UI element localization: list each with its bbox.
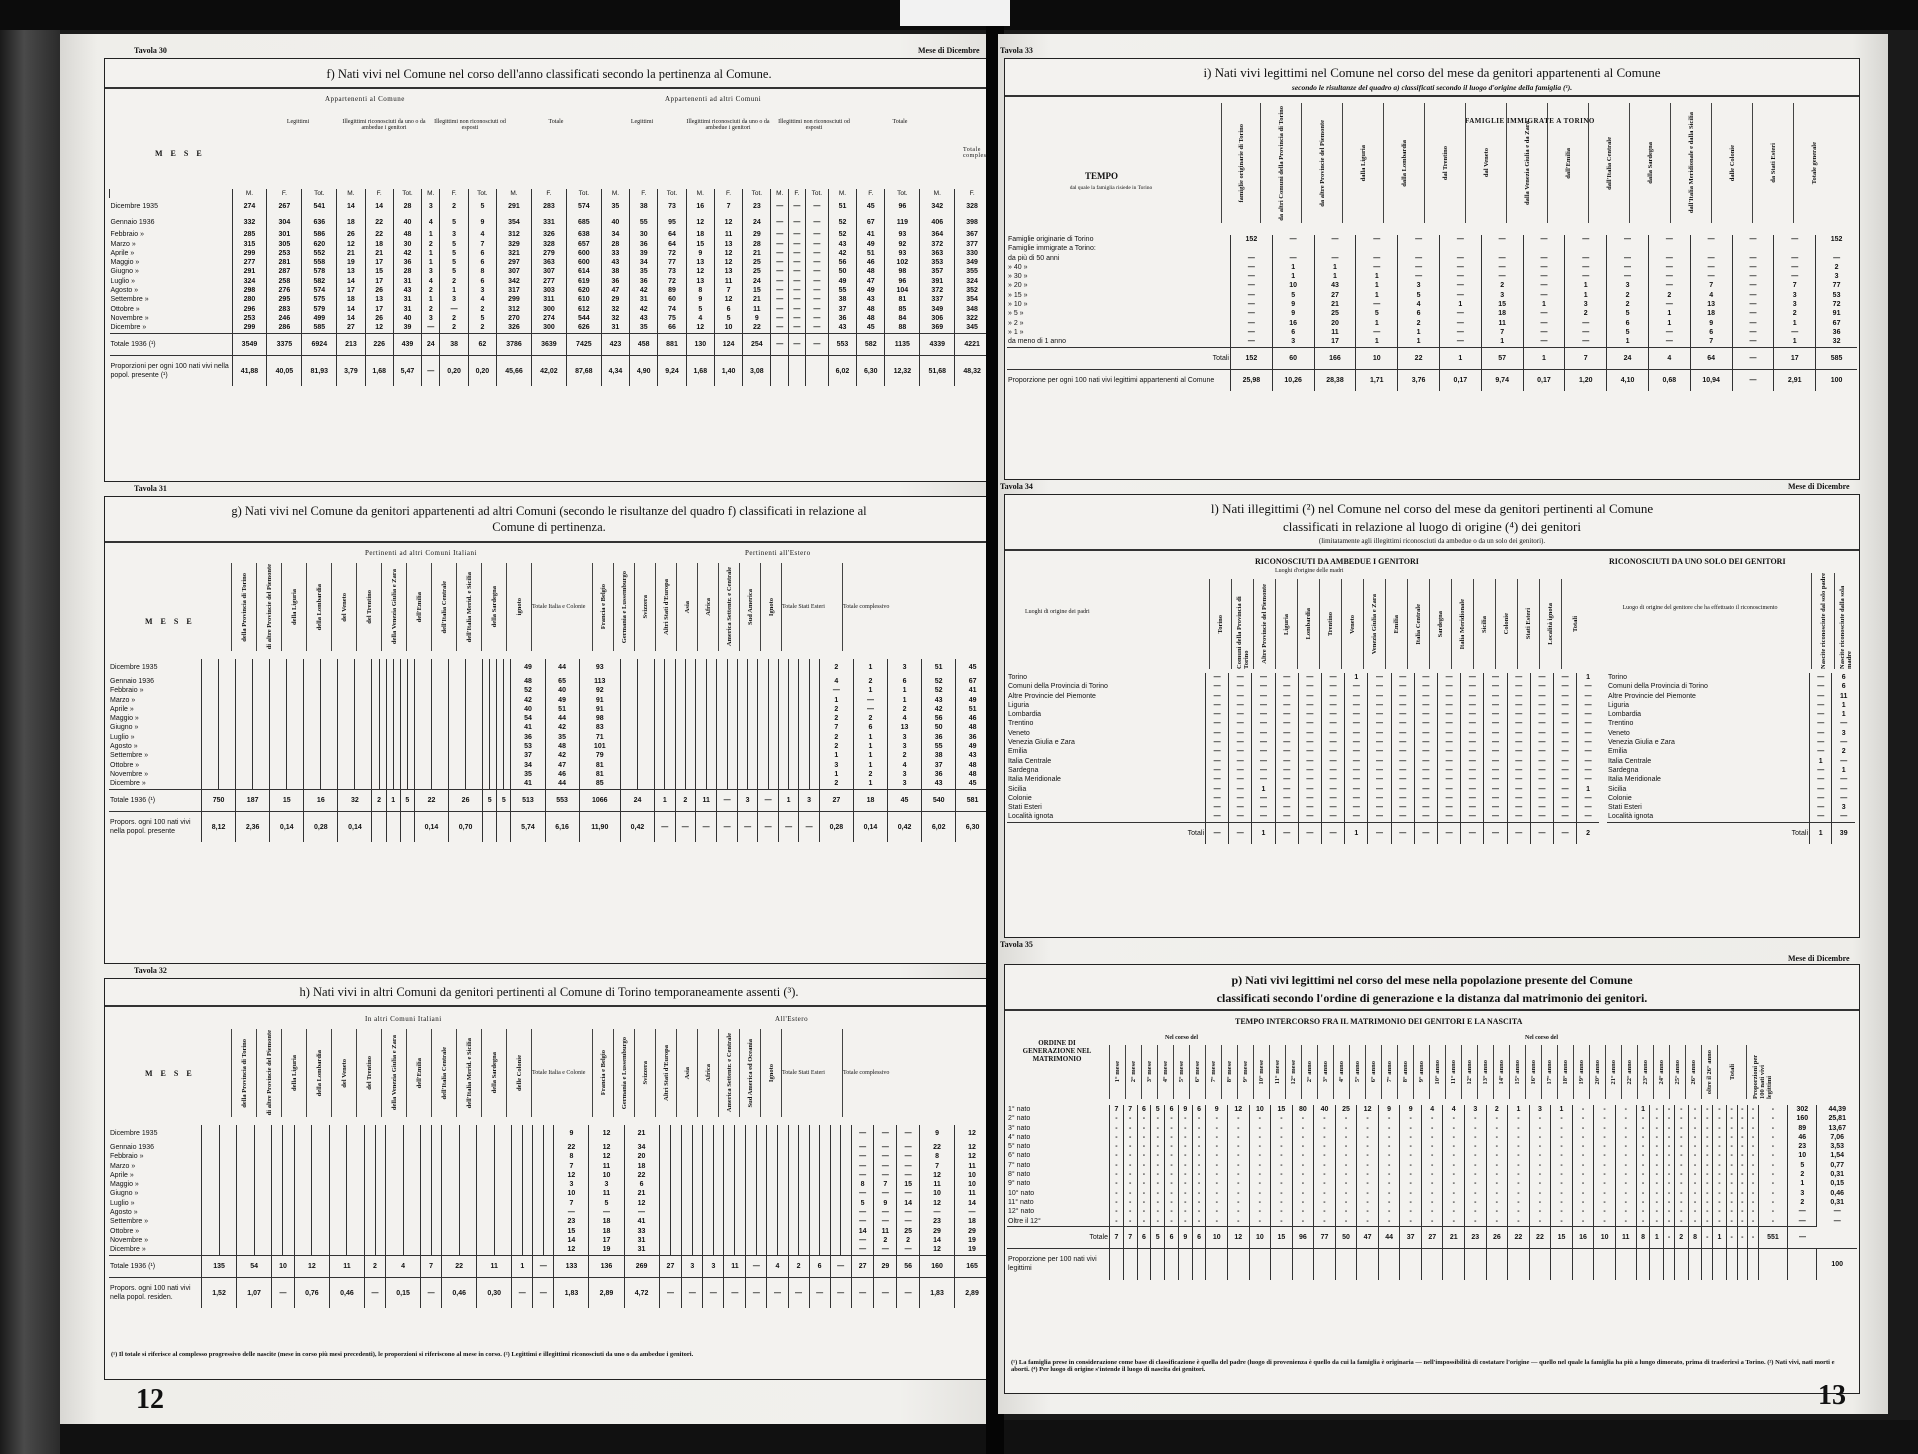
value xyxy=(442,1143,459,1152)
value xyxy=(713,1171,724,1180)
value xyxy=(283,1227,294,1236)
total-value: 5 xyxy=(1151,1226,1165,1248)
value xyxy=(809,686,819,695)
value xyxy=(620,761,637,770)
total-compl-value: 48 xyxy=(956,761,989,770)
value: - xyxy=(1551,1198,1573,1207)
value xyxy=(254,1125,272,1143)
value xyxy=(272,1125,283,1143)
value xyxy=(756,1162,767,1171)
value: — xyxy=(1391,812,1414,822)
value xyxy=(685,723,695,732)
value xyxy=(655,770,665,779)
value xyxy=(675,733,685,742)
value: - xyxy=(1551,1161,1573,1170)
value xyxy=(431,742,448,751)
value xyxy=(665,779,675,789)
value: — xyxy=(1577,775,1599,784)
value xyxy=(696,677,707,686)
value: — xyxy=(1368,766,1391,775)
value: 18 xyxy=(686,230,714,239)
value xyxy=(512,1227,523,1236)
table-row: Sicilia——1—————————————1 xyxy=(1007,785,1599,794)
value: 5 xyxy=(1151,1105,1165,1114)
value xyxy=(283,1217,294,1226)
total-italia-value: 3 xyxy=(554,1180,589,1189)
value: — xyxy=(1275,673,1298,682)
value xyxy=(254,1245,272,1255)
prop-value: 1,07 xyxy=(237,1277,272,1308)
value: — xyxy=(1345,710,1368,719)
value: - xyxy=(1335,1151,1357,1160)
value: - xyxy=(1674,1124,1688,1133)
value: — xyxy=(1439,263,1481,272)
value: 13 xyxy=(714,240,742,249)
value: — xyxy=(1252,682,1275,691)
total-value: 21 xyxy=(1443,1226,1465,1248)
value: - xyxy=(1702,1189,1713,1198)
value xyxy=(758,705,768,714)
value xyxy=(809,1171,820,1180)
value: 36 xyxy=(1816,328,1857,337)
total-value: 5 xyxy=(1788,1161,1817,1170)
value: - xyxy=(1748,1133,1759,1142)
value xyxy=(364,1152,375,1161)
value: 28 xyxy=(743,240,771,249)
tav33-block: i) Nati vivi legittimi nel Comune nel co… xyxy=(1004,58,1860,480)
value xyxy=(283,1180,294,1189)
value: - xyxy=(1702,1142,1713,1151)
value xyxy=(696,733,707,742)
value xyxy=(449,779,466,789)
mft-header: M. xyxy=(686,189,714,198)
value: - xyxy=(1206,1114,1228,1123)
total-value: 3 xyxy=(682,1255,703,1277)
value xyxy=(237,1227,254,1236)
value: - xyxy=(1165,1133,1179,1142)
value: — xyxy=(1438,803,1461,812)
tav32-group-italia: In altri Comuni Italiani xyxy=(365,1015,442,1023)
value xyxy=(272,1236,283,1245)
value: 67 xyxy=(1816,319,1857,328)
value xyxy=(692,1162,703,1171)
value xyxy=(696,779,707,789)
total-value: - xyxy=(1664,1226,1675,1248)
value: - xyxy=(1165,1114,1179,1123)
value xyxy=(347,1208,365,1217)
value: - xyxy=(1688,1207,1702,1216)
value xyxy=(533,1125,544,1143)
value: — xyxy=(771,295,788,304)
value: 26 xyxy=(337,230,365,239)
prop-value: 0,76 xyxy=(294,1277,329,1308)
total-value: 1 xyxy=(655,789,676,811)
value xyxy=(1774,244,1816,253)
value xyxy=(788,1217,799,1226)
value: - xyxy=(1165,1151,1179,1160)
table-row: Dicembre 193591221———912 xyxy=(109,1125,989,1143)
value xyxy=(522,1227,533,1236)
value: - xyxy=(1674,1133,1688,1142)
value: 85 xyxy=(885,305,920,314)
month-label: Marzo » xyxy=(109,696,202,705)
prop-value xyxy=(1788,1249,1817,1280)
value xyxy=(407,751,414,760)
value: - xyxy=(1726,1124,1737,1133)
value xyxy=(665,742,675,751)
value xyxy=(717,686,727,695)
value: - xyxy=(1110,1161,1124,1170)
value xyxy=(312,1125,330,1143)
total-compl-value: 29 xyxy=(955,1227,989,1236)
value xyxy=(685,779,695,789)
tav35-table: 1° nato7765696912101580402512994432131--… xyxy=(1007,1105,1857,1280)
value: 72 xyxy=(658,277,686,286)
value xyxy=(219,1236,237,1245)
value: — xyxy=(1732,263,1774,272)
value: 246 xyxy=(267,314,302,323)
total-italia-value: 71 xyxy=(579,733,620,742)
total-compl-value: 12 xyxy=(955,1152,989,1161)
value: — xyxy=(1252,701,1275,710)
table-row: Aprile »4051912—24251 xyxy=(109,705,989,714)
column-header: Nascite riconosciute dalla sola madre xyxy=(1839,573,1853,669)
value xyxy=(407,696,414,705)
value: — xyxy=(1414,812,1437,822)
value xyxy=(675,742,685,751)
order-label: 10° nato xyxy=(1007,1189,1110,1198)
value xyxy=(421,1208,432,1217)
value: - xyxy=(1165,1217,1179,1227)
value xyxy=(414,761,431,770)
mft-header: Tot. xyxy=(805,189,828,198)
value: — xyxy=(1414,757,1437,766)
total-value: 458 xyxy=(630,333,658,355)
total-italia-value: 20 xyxy=(624,1152,659,1161)
total-value: 23 xyxy=(1788,1142,1817,1151)
value: — xyxy=(1298,729,1321,738)
value: - xyxy=(1650,1151,1664,1160)
value xyxy=(724,1199,735,1208)
value: 25 xyxy=(743,258,771,267)
total-value: 27 xyxy=(1421,1226,1443,1248)
value xyxy=(466,733,483,742)
value: — xyxy=(1322,812,1345,822)
value: — xyxy=(1554,673,1577,682)
value xyxy=(393,714,400,723)
value xyxy=(637,686,654,695)
value xyxy=(321,714,338,723)
father-origin-label: Sardegna xyxy=(1007,766,1206,775)
value: - xyxy=(1664,1198,1675,1207)
value xyxy=(1690,244,1732,253)
value xyxy=(737,723,747,732)
total-estero-value: 14 xyxy=(851,1227,874,1236)
total-value: 553 xyxy=(545,789,579,811)
value xyxy=(321,696,338,705)
value: - xyxy=(1486,1170,1508,1179)
value xyxy=(789,659,799,677)
tav34-subtitle: (limitatamente agli illegittimi riconosc… xyxy=(1005,537,1859,545)
value xyxy=(294,1199,311,1208)
value: 12 xyxy=(1357,1105,1379,1114)
value: — xyxy=(1577,812,1599,822)
value xyxy=(533,1189,544,1198)
value xyxy=(393,770,400,779)
value: 34 xyxy=(630,258,658,267)
value xyxy=(483,770,490,779)
value: — xyxy=(1732,272,1774,281)
value xyxy=(758,751,768,760)
value: — xyxy=(1439,254,1481,263)
value: - xyxy=(1737,1133,1748,1142)
prop-value xyxy=(497,811,511,842)
value: 48 xyxy=(393,230,421,239)
total-value: 9 xyxy=(1178,1226,1192,1248)
total-italia-value: 91 xyxy=(579,705,620,714)
value: - xyxy=(1335,1198,1357,1207)
value: - xyxy=(1508,1207,1530,1216)
value: 354 xyxy=(955,295,989,304)
value: — xyxy=(1507,729,1530,738)
value xyxy=(272,1245,283,1255)
value: 96 xyxy=(885,198,920,214)
total-italia-value: 51 xyxy=(545,705,579,714)
value xyxy=(841,1125,852,1143)
value: - xyxy=(1636,1189,1650,1198)
value: - xyxy=(1615,1124,1636,1133)
tav32-table: Dicembre 193591221———912Gennaio 19362212… xyxy=(109,1125,989,1308)
total-italia-value: 41 xyxy=(511,723,545,732)
value: - xyxy=(1178,1189,1192,1198)
value xyxy=(490,779,497,789)
column-header: Torino xyxy=(1217,615,1224,634)
value xyxy=(655,733,665,742)
value: — xyxy=(1345,729,1368,738)
value: — xyxy=(1438,747,1461,756)
value xyxy=(768,696,778,705)
column-header: della Provincia di Torino xyxy=(241,1039,248,1108)
left-page-number: 12 xyxy=(136,1384,164,1416)
value xyxy=(287,761,304,770)
value xyxy=(788,1152,799,1161)
value: — xyxy=(1230,309,1272,318)
value xyxy=(746,1236,757,1245)
prop-value xyxy=(1594,1249,1616,1280)
value: — xyxy=(1554,747,1577,756)
column-header: dell'Emilia xyxy=(416,1058,423,1088)
value xyxy=(393,686,400,695)
value xyxy=(841,1152,852,1161)
value xyxy=(386,779,393,789)
value xyxy=(799,751,809,760)
value xyxy=(767,1189,778,1198)
value: — xyxy=(1816,254,1857,263)
value: - xyxy=(1151,1161,1165,1170)
table-row: Febbraio »81220———812 xyxy=(109,1152,989,1161)
table-row: 1° nato7765696912101580402512994432131--… xyxy=(1007,1105,1857,1114)
value xyxy=(748,714,758,723)
value xyxy=(347,1143,365,1152)
value xyxy=(748,677,758,686)
value xyxy=(270,696,287,705)
value xyxy=(400,779,407,789)
value xyxy=(254,1227,272,1236)
value: 330 xyxy=(955,249,989,258)
value xyxy=(375,1236,386,1245)
value: 297 xyxy=(497,258,532,267)
value xyxy=(703,1152,714,1161)
value: — xyxy=(1810,673,1832,682)
value: - xyxy=(1508,1170,1530,1179)
value: 12 xyxy=(1228,1105,1250,1114)
value: - xyxy=(1702,1198,1713,1207)
total-estero-value: 14 xyxy=(897,1199,920,1208)
value: 13 xyxy=(1690,300,1732,309)
value: — xyxy=(1577,719,1599,728)
column-header: Sud America xyxy=(747,589,754,625)
value xyxy=(270,751,287,760)
month-label: Giugno » xyxy=(109,723,202,732)
value xyxy=(379,779,386,789)
column-header: Francia e Belgio xyxy=(600,584,607,629)
time-label: » 20 » xyxy=(1007,281,1230,290)
value xyxy=(737,751,747,760)
table-row: Dicembre »121931———1219 xyxy=(109,1245,989,1255)
value xyxy=(459,1245,477,1255)
value xyxy=(202,1171,220,1180)
month-label: Agosto » xyxy=(109,1208,202,1217)
value: 17 xyxy=(365,305,393,314)
total-italia-value: 9 xyxy=(554,1125,589,1143)
value: - xyxy=(1594,1124,1616,1133)
column-header: 8° anno xyxy=(1402,1061,1409,1082)
value xyxy=(283,1236,294,1245)
value: 33 xyxy=(601,249,629,258)
value xyxy=(706,733,717,742)
value xyxy=(620,705,637,714)
value: — xyxy=(1206,803,1229,812)
value xyxy=(830,1171,841,1180)
value xyxy=(533,1143,544,1152)
value xyxy=(414,742,431,751)
total-italia-value: 15 xyxy=(554,1227,589,1236)
value xyxy=(270,770,287,779)
value: - xyxy=(1357,1207,1379,1216)
value: — xyxy=(1414,729,1437,738)
value: - xyxy=(1123,1114,1137,1123)
value: — xyxy=(1414,719,1437,728)
value xyxy=(620,779,637,789)
value: - xyxy=(1486,1142,1508,1151)
value: — xyxy=(1810,747,1832,756)
value: — xyxy=(1554,757,1577,766)
value xyxy=(504,696,511,705)
value xyxy=(758,677,768,686)
value xyxy=(809,1125,820,1143)
value xyxy=(735,1180,746,1189)
value xyxy=(449,751,466,760)
value xyxy=(490,733,497,742)
table-row: Italia Meridionale—— xyxy=(1607,775,1855,784)
total-value: — xyxy=(1788,1217,1817,1227)
value: — xyxy=(1206,673,1229,682)
prop-value: — xyxy=(788,1277,809,1308)
value xyxy=(777,1180,788,1189)
value xyxy=(735,1199,746,1208)
value xyxy=(490,723,497,732)
value: 43 xyxy=(857,295,885,304)
value: — xyxy=(1298,738,1321,747)
value: 73 xyxy=(658,198,686,214)
value: 10 xyxy=(1272,281,1314,290)
value: 328 xyxy=(955,198,989,214)
value: - xyxy=(1378,1133,1400,1142)
value xyxy=(637,659,654,677)
prop-value: 28,38 xyxy=(1314,369,1356,391)
tav30-mese-header: M E S E xyxy=(155,149,205,158)
value: - xyxy=(1421,1189,1443,1198)
column-header: Totale generale xyxy=(1811,142,1818,184)
value: - xyxy=(1228,1189,1250,1198)
value: - xyxy=(1664,1217,1675,1227)
value: 1 xyxy=(1577,785,1599,794)
table-row: Veneto—3 xyxy=(1607,729,1855,738)
value xyxy=(477,1171,495,1180)
value: 102 xyxy=(885,258,920,267)
value: — xyxy=(1229,766,1252,775)
value xyxy=(727,705,737,714)
value: 3 xyxy=(1774,291,1816,300)
value: - xyxy=(1292,1207,1314,1216)
value xyxy=(321,723,338,732)
value xyxy=(386,733,393,742)
column-header: America Settentr. e Centrale xyxy=(726,567,733,646)
value: — xyxy=(1554,803,1577,812)
value: - xyxy=(1110,1198,1124,1207)
value xyxy=(655,751,665,760)
value xyxy=(236,723,253,732)
value xyxy=(717,696,727,705)
value xyxy=(483,696,490,705)
value xyxy=(329,1162,347,1171)
value xyxy=(830,1162,841,1171)
value xyxy=(386,1171,404,1180)
value: 45 xyxy=(857,198,885,214)
value xyxy=(768,742,778,751)
value xyxy=(483,751,490,760)
value xyxy=(675,686,685,695)
total-value: 4339 xyxy=(920,333,955,355)
value xyxy=(294,1217,311,1226)
value xyxy=(400,723,407,732)
value xyxy=(253,742,270,751)
value: - xyxy=(1551,1170,1573,1179)
value xyxy=(364,1180,375,1189)
total-value: — xyxy=(1275,822,1298,844)
value xyxy=(724,1208,735,1217)
prop-value: 0,31 xyxy=(1817,1198,1857,1207)
value: 1 xyxy=(1398,337,1440,347)
value xyxy=(219,1162,237,1171)
value xyxy=(386,761,393,770)
value xyxy=(724,1171,735,1180)
time-label: da meno di 1 anno xyxy=(1007,337,1230,347)
value xyxy=(202,733,219,742)
value xyxy=(675,659,685,677)
value: — xyxy=(1298,757,1321,766)
total-italia-value: 91 xyxy=(579,696,620,705)
